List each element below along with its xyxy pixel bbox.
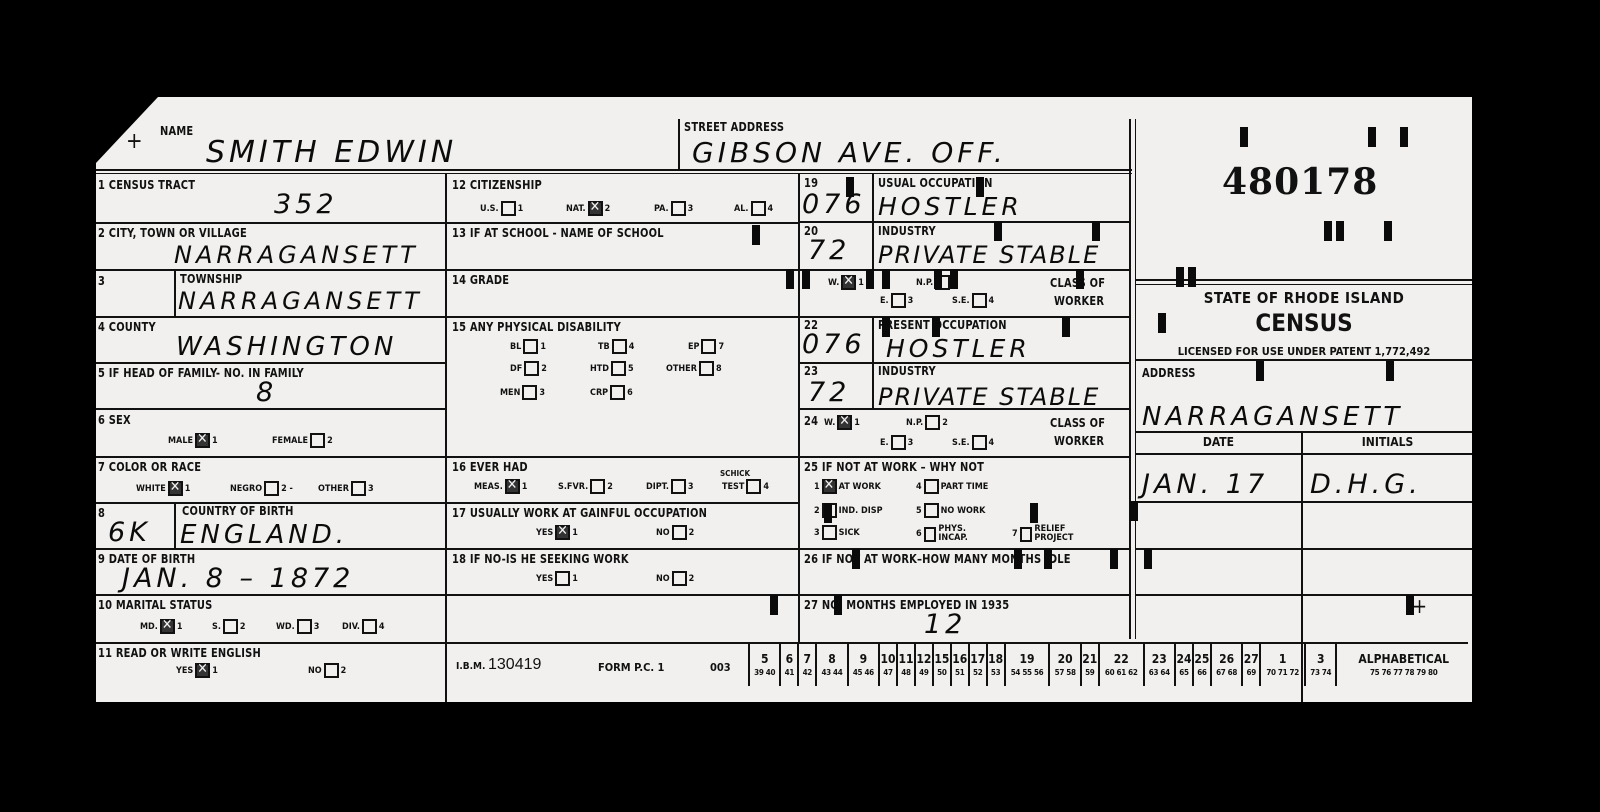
column-cell: ALPHABETICAL75 76 77 78 79 80 bbox=[1335, 644, 1470, 686]
column-cell: 170 71 72 bbox=[1259, 644, 1304, 686]
column-number: 23 bbox=[1145, 650, 1174, 668]
township-label: TOWNSHIP bbox=[180, 273, 242, 286]
ever-had-schick-test-option[interactable]: TEST4 bbox=[722, 479, 769, 494]
column-number: 11 bbox=[898, 650, 914, 668]
column-index: 57 58 bbox=[1050, 668, 1079, 678]
column-cell: 1651 bbox=[950, 644, 968, 686]
census-tract-label: 1 CENSUS TRACT bbox=[98, 179, 195, 192]
punch-hole-icon bbox=[1030, 503, 1038, 523]
column-number: 7 bbox=[799, 650, 815, 668]
punch-hole-icon bbox=[834, 595, 842, 615]
column-number: 1 bbox=[1261, 650, 1304, 668]
disability-label: 15 ANY PHYSICAL DISABILITY bbox=[452, 321, 621, 334]
present-industry-label: INDUSTRY bbox=[878, 365, 936, 378]
punch-hole-icon bbox=[786, 269, 794, 289]
serial-number: 480178 bbox=[1222, 161, 1378, 203]
usual-industry-label: INDUSTRY bbox=[878, 225, 936, 238]
punch-hole-icon bbox=[882, 317, 890, 337]
disability-tb-option[interactable]: TB4 bbox=[598, 339, 634, 354]
why-no-work-option[interactable]: 5NO WORK bbox=[916, 503, 985, 518]
street-address-label: STREET ADDRESS bbox=[684, 121, 784, 134]
punch-hole-icon bbox=[1386, 361, 1394, 381]
seeking-no-option[interactable]: NO2 bbox=[656, 571, 694, 586]
punch-hole-icon bbox=[976, 177, 984, 197]
form-number: FORM P.C. 1 bbox=[598, 661, 664, 674]
punch-hole-icon bbox=[1130, 501, 1138, 521]
column-number: 12 bbox=[916, 650, 932, 668]
column-index: 45 46 bbox=[849, 668, 878, 678]
street-address-value[interactable]: GIBSON AVE. OFF. bbox=[692, 139, 1007, 167]
punch-hole-icon bbox=[1400, 127, 1408, 147]
column-index: 48 bbox=[898, 668, 914, 678]
cow1-label-bottom: WORKER bbox=[1054, 295, 1104, 308]
township-number: 3 bbox=[98, 275, 105, 288]
city-value[interactable]: NARRAGANSETT bbox=[174, 241, 419, 269]
race-other-option[interactable]: OTHER3 bbox=[318, 481, 374, 496]
present-industry-code[interactable]: 72 bbox=[808, 379, 850, 407]
punch-hole-icon bbox=[1062, 317, 1070, 337]
race-white-option[interactable]: WHITE1 bbox=[136, 481, 190, 496]
read-write-english-label: 11 READ OR WRITE ENGLISH bbox=[98, 647, 261, 660]
column-index: 42 bbox=[799, 668, 815, 678]
punch-hole-icon bbox=[1158, 313, 1166, 333]
marital-md-option[interactable]: MD.1 bbox=[140, 619, 183, 634]
punch-hole-icon bbox=[1014, 549, 1022, 569]
checkbox-checked-icon bbox=[195, 433, 210, 448]
column-index: 53 bbox=[988, 668, 1004, 678]
initials-value[interactable]: D.H.G. bbox=[1310, 471, 1422, 499]
punch-hole-icon bbox=[1176, 267, 1184, 287]
present-industry-value[interactable]: PRIVATE STABLE bbox=[878, 383, 1100, 411]
punch-hole-icon bbox=[1144, 549, 1152, 569]
column-cell: 843 44 bbox=[815, 644, 846, 686]
why-not-at-work-label: 25 IF NOT AT WORK – WHY NOT bbox=[804, 461, 984, 474]
usual-occupation-value[interactable]: HOSTLER bbox=[878, 193, 1023, 221]
present-occupation-value[interactable]: HOSTLER bbox=[886, 335, 1031, 363]
state-label: STATE OF RHODE ISLAND bbox=[1136, 289, 1472, 307]
citizenship-pa-option[interactable]: PA.3 bbox=[654, 201, 693, 216]
punch-hole-icon bbox=[1406, 595, 1414, 615]
column-index: 70 71 72 bbox=[1261, 668, 1304, 678]
column-index: 49 bbox=[916, 668, 932, 678]
column-index: 54 55 56 bbox=[1006, 668, 1049, 678]
column-cell: 945 46 bbox=[847, 644, 878, 686]
column-number: 8 bbox=[817, 650, 846, 668]
schick-label: SCHICK bbox=[720, 469, 750, 478]
grade-label: 14 GRADE bbox=[452, 274, 509, 287]
column-number: 20 bbox=[1050, 650, 1079, 668]
citizenship-us-option[interactable]: U.S.1 bbox=[480, 201, 523, 216]
country-of-birth-number: 8 bbox=[98, 507, 105, 520]
column-number: ALPHABETICAL bbox=[1337, 650, 1470, 668]
cow2-label-top: CLASS OF bbox=[1050, 417, 1105, 430]
column-index: 59 bbox=[1082, 668, 1098, 678]
english-yes-option[interactable]: YES1 bbox=[176, 663, 218, 678]
punch-hole-icon bbox=[934, 269, 942, 289]
punch-hole-icon bbox=[950, 269, 958, 289]
citizenship-nat-option[interactable]: NAT.2 bbox=[566, 201, 610, 216]
punch-hole-icon bbox=[1240, 127, 1248, 147]
punch-hole-icon bbox=[1256, 361, 1264, 381]
punch-hole-icon bbox=[1076, 269, 1084, 289]
column-cell: 2667 68 bbox=[1210, 644, 1241, 686]
marital-status-label: 10 MARITAL STATUS bbox=[98, 599, 212, 612]
months-idle-label: 26 IF NOT AT WORK–HOW MANY MONTHS IDLE bbox=[804, 553, 1071, 566]
column-cell: 1047 bbox=[878, 644, 896, 686]
column-number-strip: 539 40641742843 44945 461047114812491550… bbox=[748, 644, 1470, 686]
gainful-yes-option[interactable]: YES1 bbox=[536, 525, 578, 540]
column-number: 26 bbox=[1212, 650, 1241, 668]
divider bbox=[1129, 119, 1131, 639]
column-index: 51 bbox=[952, 668, 968, 678]
disability-ep-option[interactable]: EP7 bbox=[688, 339, 724, 354]
form-code: 003 bbox=[710, 661, 731, 674]
column-cell: 2260 61 62 bbox=[1098, 644, 1143, 686]
column-cell: 1954 55 56 bbox=[1004, 644, 1049, 686]
divider bbox=[678, 119, 680, 171]
seeking-work-label: 18 IF NO-IS HE SEEKING WORK bbox=[452, 553, 629, 566]
cow1-e-option[interactable]: E.3 bbox=[880, 293, 913, 308]
column-number: 17 bbox=[970, 650, 986, 668]
punch-hole-icon bbox=[882, 269, 890, 289]
months-employed-value[interactable]: 12 bbox=[924, 611, 966, 639]
present-occupation-code[interactable]: 076 bbox=[802, 331, 866, 359]
divider bbox=[96, 173, 1132, 174]
citizenship-al-option[interactable]: AL.4 bbox=[734, 201, 773, 216]
column-cell: 1752 bbox=[968, 644, 986, 686]
column-index: 60 61 62 bbox=[1100, 668, 1143, 678]
usual-occupation-code[interactable]: 076 bbox=[802, 191, 866, 219]
column-number: 16 bbox=[952, 650, 968, 668]
column-cell: 742 bbox=[797, 644, 815, 686]
punch-hole-icon bbox=[802, 269, 810, 289]
initials-label: INITIALS bbox=[1303, 435, 1472, 449]
country-of-birth-code[interactable]: 6K bbox=[108, 519, 151, 547]
column-index: 63 64 bbox=[1145, 668, 1174, 678]
column-number: 24 bbox=[1176, 650, 1192, 668]
date-of-birth-value[interactable]: JAN. 8 – 1872 bbox=[122, 565, 354, 593]
present-occupation-label: PRESENT OCCUPATION bbox=[878, 319, 1007, 332]
gainful-occupation-label: 17 USUALLY WORK AT GAINFUL OCCUPATION bbox=[452, 507, 707, 520]
ever-had-sfvr-option[interactable]: S.FVR.2 bbox=[558, 479, 613, 494]
disability-men-option[interactable]: MEN3 bbox=[500, 385, 545, 400]
punch-hole-icon bbox=[1336, 221, 1344, 241]
country-of-birth-label: COUNTRY OF BIRTH bbox=[182, 505, 294, 518]
punch-hole-icon bbox=[1188, 267, 1196, 287]
column-cell: 2057 58 bbox=[1048, 644, 1079, 686]
disability-bl-option[interactable]: BL1 bbox=[510, 339, 546, 354]
checkbox-icon bbox=[310, 433, 325, 448]
disability-df-option[interactable]: DF2 bbox=[510, 361, 547, 376]
column-cell: 2363 64 bbox=[1143, 644, 1174, 686]
column-index: 39 40 bbox=[750, 668, 779, 678]
punch-hole-icon bbox=[846, 177, 854, 197]
why-part-time-option[interactable]: 4PART TIME bbox=[916, 479, 988, 494]
divider bbox=[96, 169, 1132, 171]
column-cell: 2159 bbox=[1080, 644, 1098, 686]
marital-s-option[interactable]: S.2 bbox=[212, 619, 246, 634]
punch-hole-icon bbox=[994, 221, 1002, 241]
why-at-work-option[interactable]: 1AT WORK bbox=[814, 479, 881, 494]
column-index: 52 bbox=[970, 668, 986, 678]
seeking-yes-option[interactable]: YES1 bbox=[536, 571, 578, 586]
punch-hole-icon bbox=[852, 549, 860, 569]
name-value[interactable]: SMITH EDWIN bbox=[206, 139, 457, 167]
county-label: 4 COUNTY bbox=[98, 321, 156, 334]
patent-label: LICENSED FOR USE UNDER PATENT 1,772,492 bbox=[1136, 345, 1472, 358]
divider bbox=[445, 173, 447, 702]
sex-label: 6 SEX bbox=[98, 414, 131, 427]
disability-crp-option[interactable]: CRP6 bbox=[590, 385, 633, 400]
usual-industry-code[interactable]: 72 bbox=[808, 237, 850, 265]
ever-had-label: 16 EVER HAD bbox=[452, 461, 528, 474]
race-label: 7 COLOR OR RACE bbox=[98, 461, 201, 474]
column-index: 67 68 bbox=[1212, 668, 1241, 678]
registration-plus-icon: + bbox=[126, 131, 143, 153]
column-cell: 373 74 bbox=[1304, 644, 1335, 686]
marital-div-option[interactable]: DIV.4 bbox=[342, 619, 385, 634]
column-number: 6 bbox=[781, 650, 797, 668]
column-number: 21 bbox=[1082, 650, 1098, 668]
date-label: DATE bbox=[1136, 435, 1301, 449]
date-value[interactable]: JAN. 17 bbox=[1142, 471, 1268, 499]
column-number: 3 bbox=[1306, 650, 1335, 668]
punch-hole-icon bbox=[1384, 221, 1392, 241]
sex-male-option[interactable]: MALE1 bbox=[168, 433, 218, 448]
column-index: 75 76 77 78 79 80 bbox=[1337, 668, 1470, 678]
column-index: 65 bbox=[1176, 668, 1192, 678]
punch-hole-icon bbox=[770, 595, 778, 615]
column-index: 41 bbox=[781, 668, 797, 678]
punch-hole-icon bbox=[1324, 221, 1332, 241]
why-phys-incap-option[interactable]: 6PHYS. INCAP. bbox=[916, 525, 986, 543]
column-cell: 641 bbox=[779, 644, 797, 686]
registration-plus-icon: + bbox=[1412, 595, 1427, 617]
column-cell: 1148 bbox=[896, 644, 914, 686]
punch-hole-icon bbox=[1092, 221, 1100, 241]
punch-hole-icon bbox=[1110, 549, 1118, 569]
township-value[interactable]: NARRAGANSETT bbox=[178, 287, 423, 315]
punch-hole-icon bbox=[824, 503, 832, 523]
column-cell: 1249 bbox=[914, 644, 932, 686]
why-relief-project-option[interactable]: 7RELIEF PROJECT bbox=[1012, 525, 1092, 543]
ever-had-dipt-option[interactable]: DIPT.3 bbox=[646, 479, 694, 494]
column-index: 50 bbox=[934, 668, 950, 678]
address-value[interactable]: NARRAGANSETT bbox=[1142, 403, 1403, 431]
disability-htd-option[interactable]: HTD5 bbox=[590, 361, 634, 376]
column-cell: 2465 bbox=[1174, 644, 1192, 686]
race-negro-option[interactable]: NEGRO2 - bbox=[230, 481, 293, 496]
column-index: 73 74 bbox=[1306, 668, 1335, 678]
cow1-se-option[interactable]: S.E.4 bbox=[952, 293, 994, 308]
census-card: + + NAME SMITH EDWIN STREET ADDRESS GIBS… bbox=[96, 97, 1472, 702]
gainful-no-option[interactable]: NO2 bbox=[656, 525, 694, 540]
head-of-family-value[interactable]: 8 bbox=[256, 379, 277, 407]
disability-other-option[interactable]: OTHER8 bbox=[666, 361, 722, 376]
column-number: 19 bbox=[1006, 650, 1049, 668]
column-number: 25 bbox=[1194, 650, 1210, 668]
marital-wd-option[interactable]: WD.3 bbox=[276, 619, 319, 634]
column-cell: 2769 bbox=[1241, 644, 1259, 686]
cow2-se-option[interactable]: S.E.4 bbox=[952, 435, 994, 450]
column-index: 69 bbox=[1243, 668, 1259, 678]
citizenship-label: 12 CITIZENSHIP bbox=[452, 179, 542, 192]
cow2-w-option[interactable]: W.1 bbox=[824, 415, 860, 430]
punch-hole-icon bbox=[752, 225, 760, 245]
column-number: 18 bbox=[988, 650, 1004, 668]
cow1-w-option[interactable]: W.1 bbox=[828, 275, 864, 290]
usual-industry-value[interactable]: PRIVATE STABLE bbox=[878, 241, 1100, 269]
column-number: 10 bbox=[880, 650, 896, 668]
punch-hole-icon bbox=[1368, 127, 1376, 147]
column-number: 5 bbox=[750, 650, 779, 668]
column-number: 15 bbox=[934, 650, 950, 668]
school-label: 13 IF AT SCHOOL - NAME OF SCHOOL bbox=[452, 227, 664, 240]
ever-had-meas-option[interactable]: MEAS.1 bbox=[474, 479, 527, 494]
cow2-e-option[interactable]: E.3 bbox=[880, 435, 913, 450]
divider bbox=[1135, 119, 1136, 639]
column-number: 9 bbox=[849, 650, 878, 668]
column-cell: 1853 bbox=[986, 644, 1004, 686]
punch-hole-icon bbox=[1044, 549, 1052, 569]
why-sick-option[interactable]: 3SICK bbox=[814, 525, 860, 540]
cow2-label-bottom: WORKER bbox=[1054, 435, 1104, 448]
name-label: NAME bbox=[160, 125, 193, 138]
country-of-birth-value[interactable]: ENGLAND. bbox=[180, 521, 348, 549]
column-index: 47 bbox=[880, 668, 896, 678]
column-index: 43 44 bbox=[817, 668, 846, 678]
column-number: 27 bbox=[1243, 650, 1259, 668]
census-title: CENSUS bbox=[1136, 309, 1472, 337]
column-number: 22 bbox=[1100, 650, 1143, 668]
column-cell: 2566 bbox=[1192, 644, 1210, 686]
column-index: 66 bbox=[1194, 668, 1210, 678]
city-label: 2 CITY, TOWN OR VILLAGE bbox=[98, 227, 247, 240]
column-cell: 1550 bbox=[932, 644, 950, 686]
column-cell: 539 40 bbox=[748, 644, 779, 686]
ibm-number: 130419 bbox=[488, 656, 541, 674]
punch-hole-icon bbox=[932, 317, 940, 337]
sex-female-option[interactable]: FEMALE2 bbox=[272, 433, 333, 448]
punch-hole-icon bbox=[866, 269, 874, 289]
english-no-option[interactable]: NO2 bbox=[308, 663, 346, 678]
address-label: ADDRESS bbox=[1142, 367, 1196, 380]
cow2-np-option[interactable]: N.P.2 bbox=[906, 415, 948, 430]
county-value[interactable]: WASHINGTON bbox=[176, 333, 397, 361]
ibm-label: I.B.M. bbox=[456, 661, 485, 672]
census-tract-value[interactable]: 352 bbox=[274, 191, 338, 219]
cow2-number: 24 bbox=[804, 415, 818, 428]
